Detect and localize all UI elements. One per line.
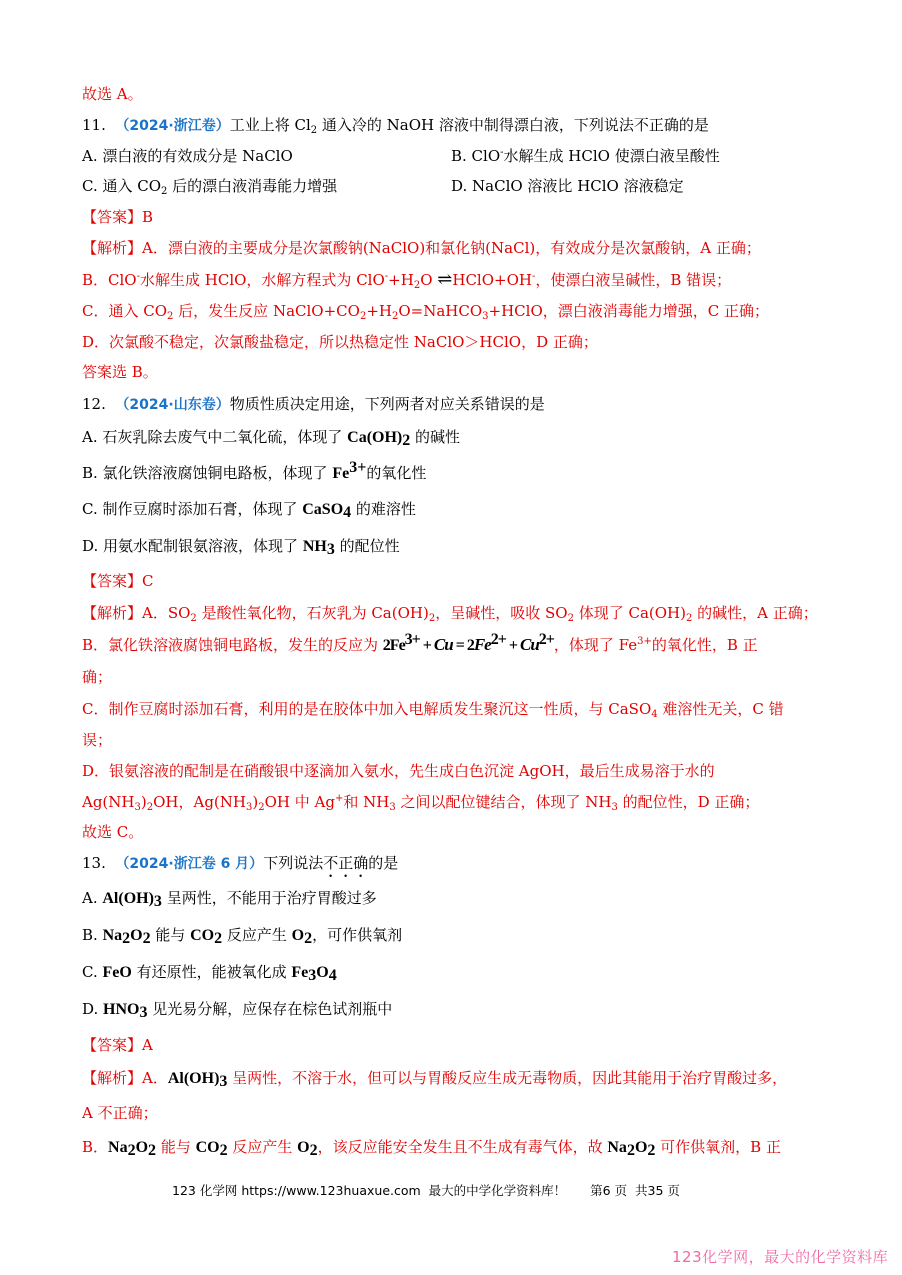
q12-number: 12.: [82, 395, 106, 413]
q13-number: 13.: [82, 854, 106, 872]
q12-explanation-a: 【解析】A．SO2 是酸性氧化物，石灰乳为 Ca(OH)2，呈碱性，吸收 SO2…: [82, 603, 818, 623]
footer-page-total: 共35 页: [635, 1183, 680, 1198]
q12-source: （2024·山东卷）: [115, 397, 229, 413]
q11-option-b: B. ClO-水解生成 HClO 使漂白液呈酸性: [451, 146, 720, 166]
redox-equation: 2Fe3+ + Cu = 2Fe2+ + Cu2+: [383, 635, 554, 655]
q13-option-a: A. Al(OH)3 呈两性，不能用于治疗胃酸过多: [82, 888, 377, 909]
emphasis-not-correct: 不正确: [323, 854, 368, 872]
q13-stem: 13. （2024·浙江卷 6 月）下列说法不正确的是: [82, 853, 398, 881]
q12-option-b: B. 氯化铁溶液腐蚀铜电路板，体现了 Fe3+的氧化性: [82, 463, 426, 484]
q12-explanation-c: C．制作豆腐时添加石膏，利用的是在胶体中加入电解质发生聚沉这一性质，与 CaSO…: [82, 699, 784, 719]
footer-slogan: 最大的中学化学资料库！: [429, 1183, 567, 1198]
footer-site-name: 123 化学网: [172, 1183, 237, 1198]
q12-option-a: A. 石灰乳除去废气中二氧化硫，体现了 Ca(OH)2 的碱性: [82, 427, 460, 448]
footer-url-link[interactable]: https://www.123huaxue.com: [241, 1183, 420, 1198]
q11-explanation-b: B．ClO-水解生成 HClO，水解方程式为 ClO-+H2O ⇌HClO+OH…: [82, 270, 731, 290]
q13-explanation-a: 【解析】A．Al(OH)3 呈两性，不溶于水，但可以与胃酸反应生成无毒物质，因此…: [82, 1068, 787, 1089]
q12-explanation-c-wrap: 误；: [82, 730, 112, 750]
q12-answer: 【答案】C: [82, 571, 153, 591]
q11-source: （2024·浙江卷）: [115, 118, 229, 134]
q12-option-d: D. 用氨水配制银氨溶液，体现了 NH3 的配位性: [82, 536, 400, 557]
q13-explanation-b: B．Na2O2 能与 CO2 反应产生 O2，该反应能安全发生且不生成有毒气体，…: [82, 1137, 781, 1158]
page-footer: 123 化学网 https://www.123huaxue.com 最大的中学化…: [172, 1181, 680, 1199]
q13-option-d: D. HNO3 见光易分解，应保存在棕色试剂瓶中: [82, 999, 392, 1020]
q13-source: （2024·浙江卷 6 月）: [115, 856, 263, 872]
q11-number: 11.: [82, 116, 106, 134]
q12-conclusion: 故选 C。: [82, 822, 143, 842]
equilibrium-arrow-icon: ⇌: [437, 269, 452, 290]
q12-stem: 12. （2024·山东卷）物质性质决定用途，下列两者对应关系错误的是: [82, 394, 545, 415]
q13-explanation-a-wrap: A 不正确；: [82, 1103, 158, 1123]
q11-option-a: A. 漂白液的有效成分是 NaClO: [82, 147, 293, 165]
q11-explanation-d: D．次氯酸不稳定，次氯酸盐稳定，所以热稳定性 NaClO＞HClO，D 正确；: [82, 332, 598, 352]
previous-conclusion: 故选 A。: [82, 84, 143, 104]
q13-option-b: B. Na2O2 能与 CO2 反应产生 O2，可作供氧剂: [82, 925, 402, 946]
q11-explanation-a: 【解析】A．漂白液的主要成分是次氯酸钠(NaClO)和氯化钠(NaCl)，有效成…: [82, 238, 761, 258]
q11-explanation-c: C．通入 CO2 后，发生反应 NaClO+CO2+H2O=NaHCO3+HCl…: [82, 301, 769, 321]
q11-answer: 【答案】B: [82, 207, 153, 227]
footer-page-number: 第6 页: [590, 1183, 627, 1198]
q12-explanation-b-wrap: 确；: [82, 667, 112, 687]
q12-explanation-b: B．氯化铁溶液腐蚀铜电路板，发生的反应为 2Fe3+ + Cu = 2Fe2+ …: [82, 635, 758, 656]
q11-options-row1: A. 漂白液的有效成分是 NaClO: [82, 146, 293, 166]
q11-option-d: D. NaClO 溶液比 HClO 溶液稳定: [451, 176, 684, 196]
q11-option-c: C. 通入 CO2 后的漂白液消毒能力增强: [82, 176, 337, 196]
q12-explanation-d: D．银氨溶液的配制是在硝酸银中逐滴加入氨水，先生成白色沉淀 AgOH，最后生成易…: [82, 761, 715, 781]
q11-stem: 11. （2024·浙江卷）工业上将 Cl2 通入冷的 NaOH 溶液中制得漂白…: [82, 115, 709, 136]
q13-option-c: C. FeO 有还原性，能被氧化成 Fe3O4: [82, 962, 337, 983]
watermark: 123化学网，最大的化学资料库: [672, 1246, 888, 1267]
q12-explanation-d-wrap: Ag(NH3)2OH，Ag(NH3)2OH 中 Ag+和 NH3 之间以配位键结…: [82, 792, 759, 812]
q11-conclusion: 答案选 B。: [82, 362, 158, 382]
q13-answer: 【答案】A: [82, 1035, 153, 1055]
q12-option-c: C. 制作豆腐时添加石膏，体现了 CaSO4 的难溶性: [82, 499, 416, 520]
